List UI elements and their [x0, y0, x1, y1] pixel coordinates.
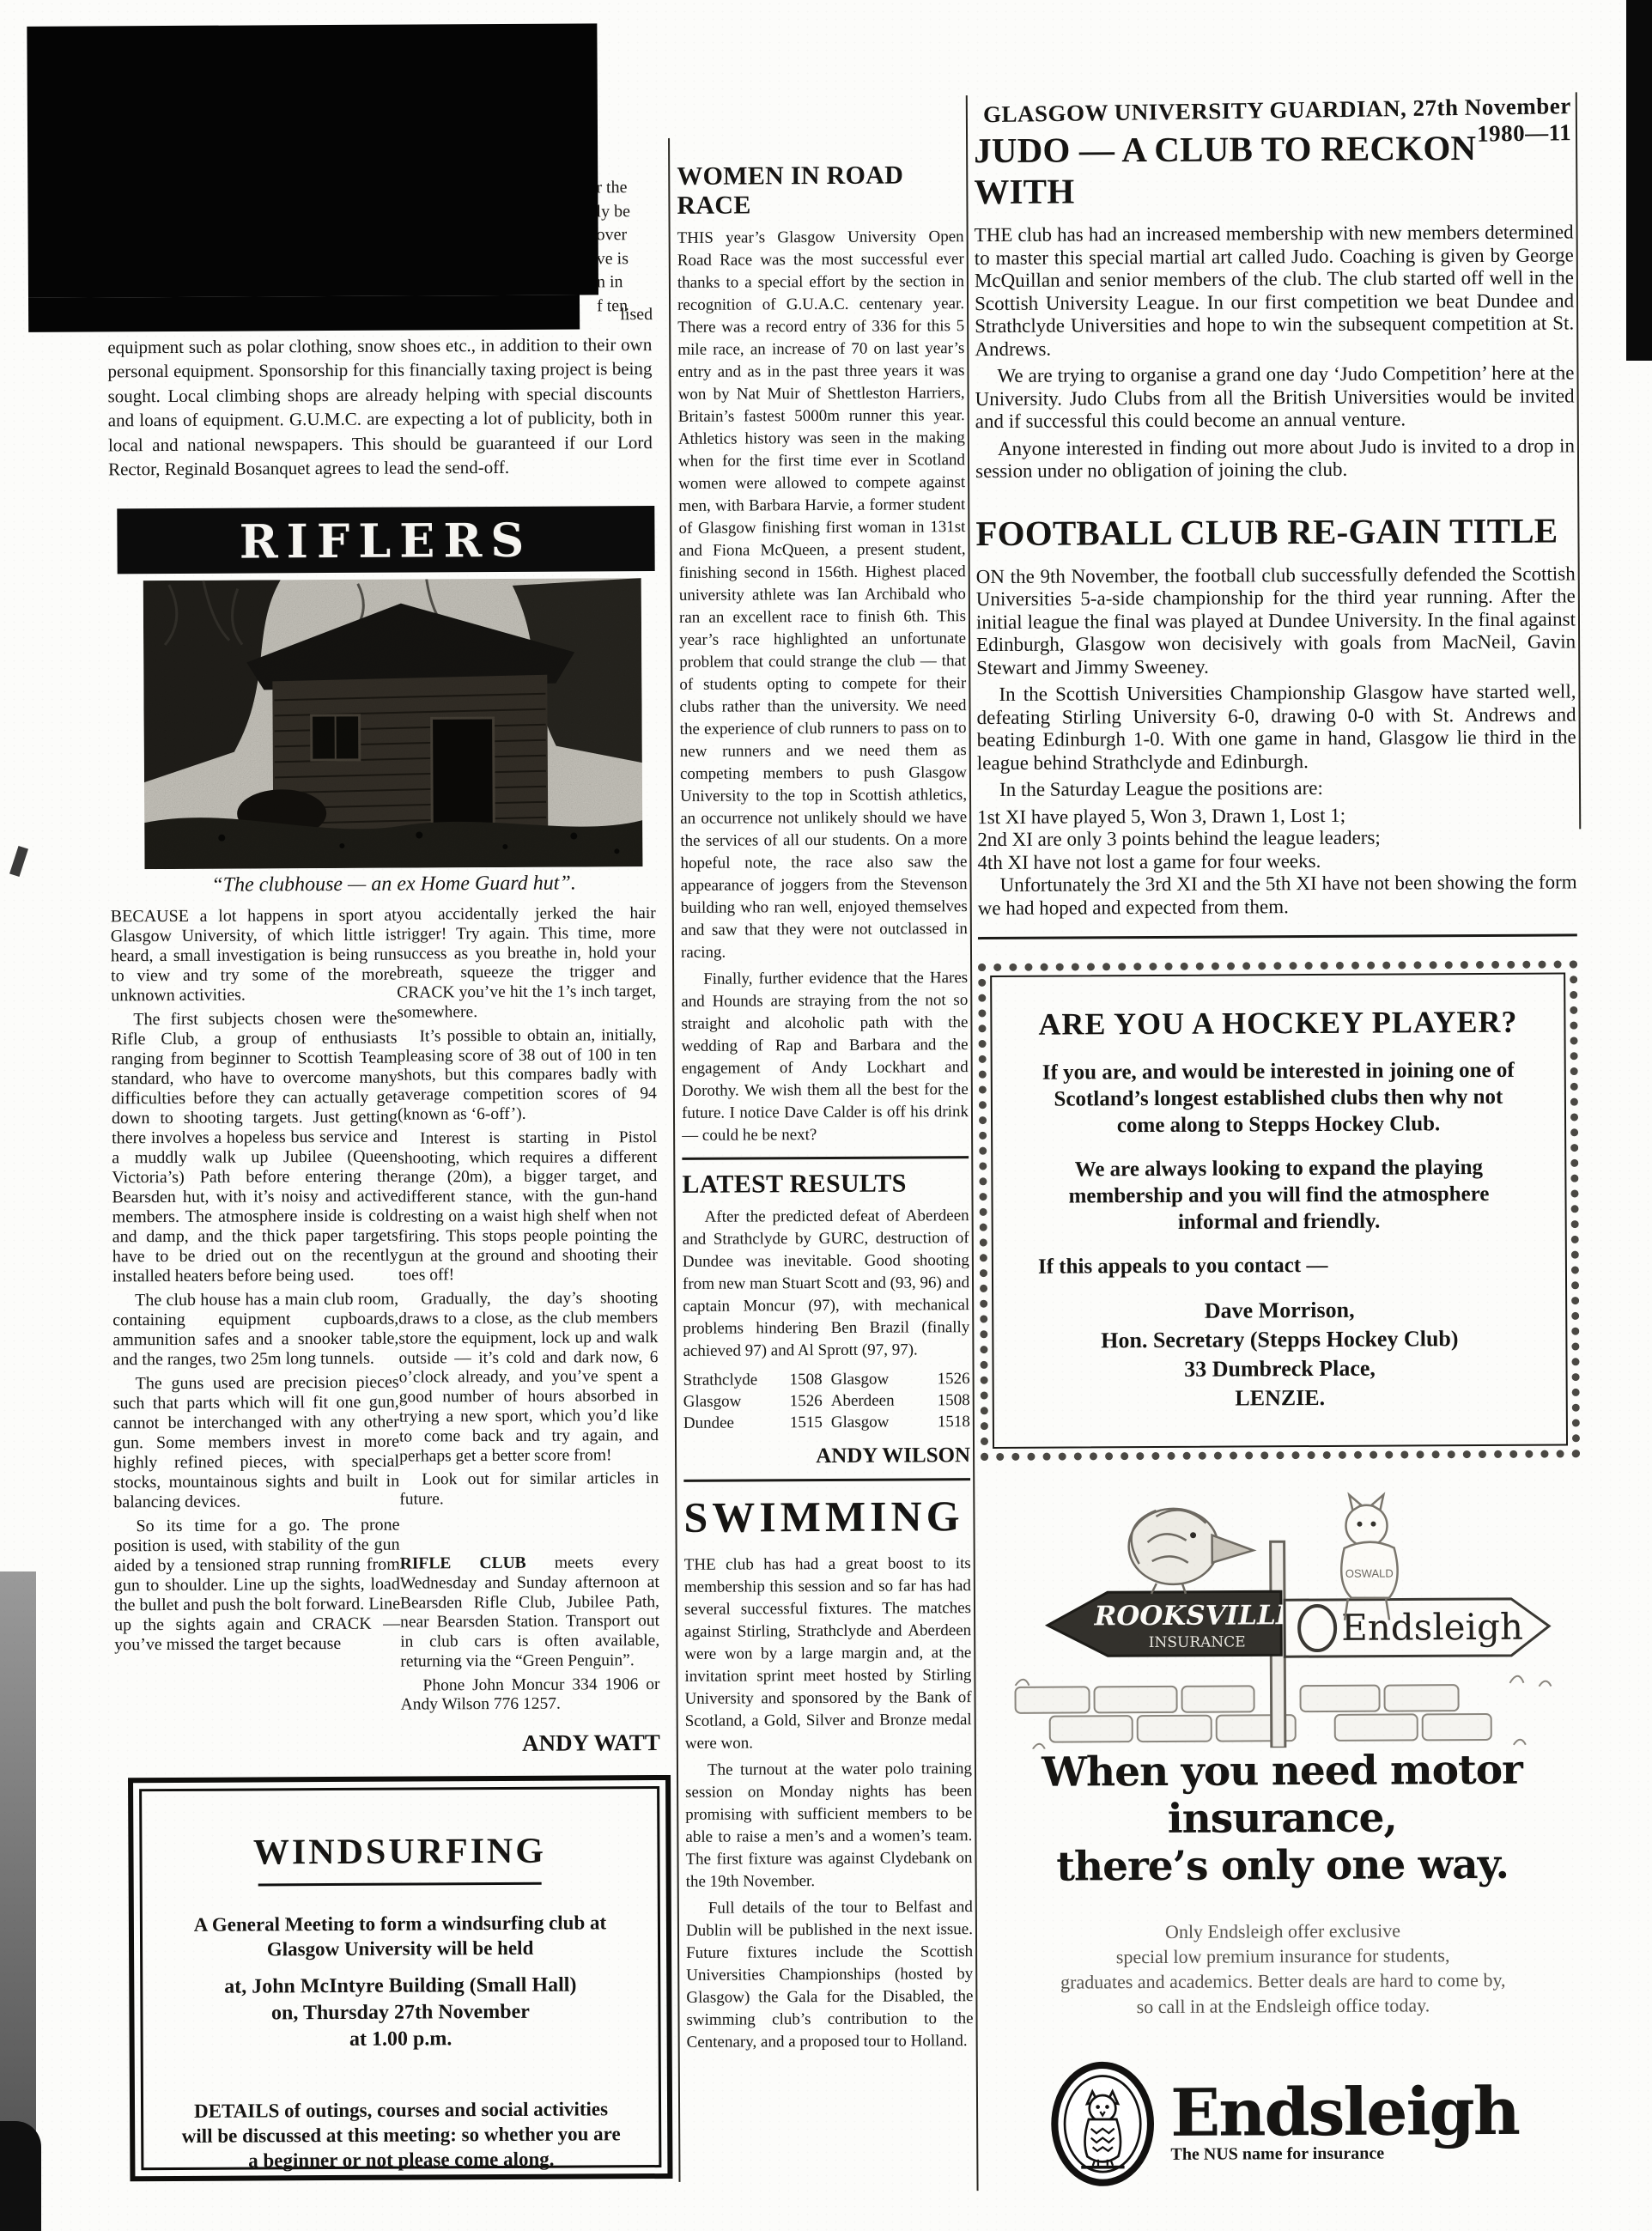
paragraph: Full details of the tour to Belfast and …	[686, 1896, 974, 2054]
hockey-title: ARE YOU A HOCKEY PLAYER?	[1036, 1004, 1519, 1043]
judo-headline: JUDO — A CLUB TO RECKON WITH	[974, 126, 1573, 212]
road-race-headline: WOMEN IN ROAD RACE	[677, 161, 963, 221]
league-line: 1st XI have played 5, Won 3, Drawn 1, Lo…	[977, 803, 1576, 829]
ad-body-copy: Only Endsleigh offer exclusive special l…	[983, 1917, 1583, 2020]
paragraph: Look out for similar articles in future.	[399, 1469, 659, 1510]
latest-results-headline: LATEST RESULTS	[682, 1169, 969, 1200]
result-team: Glasgow	[683, 1392, 759, 1411]
scan-edge-artifact-right	[1626, 0, 1652, 361]
hockey-notice-box: ARE YOU A HOCKEY PLAYER? If you are, and…	[978, 960, 1580, 1461]
rook-character	[1128, 1508, 1254, 1594]
riflers-column-1: BECAUSE a lot happens in sport at Glasgo…	[111, 906, 401, 1660]
swimming-headline: SWIMMING	[683, 1491, 970, 1542]
middle-column: WOMEN IN ROAD RACE THIS year’s Glasgow U…	[677, 161, 975, 2223]
redaction-block	[27, 23, 598, 297]
fragment-line: n in	[597, 271, 657, 295]
paragraph: The guns used are precision pieces such …	[113, 1373, 400, 1513]
fragment-line: r the	[596, 176, 656, 200]
result-team: Glasgow	[831, 1371, 907, 1389]
paragraph: We are trying to organise a grand one da…	[975, 362, 1574, 433]
section-divider	[978, 933, 1577, 939]
owl-logo-icon	[1048, 2060, 1157, 2188]
section-divider	[682, 1156, 969, 1160]
ad-body-line: graduates and academics. Better deals ar…	[983, 1967, 1582, 1995]
paragraph: So its time for a go. The prone position…	[113, 1516, 400, 1656]
endsleigh-wordmark: Endsleigh	[1170, 2081, 1519, 2143]
result-score: 1508	[915, 1391, 970, 1410]
clubhouse-photo-illustration	[143, 578, 643, 869]
ad-body-line: so call in at the Endsleigh office today…	[983, 1991, 1582, 2020]
paragraph: We are always looking to expand the play…	[1037, 1154, 1520, 1237]
result-score: 1518	[915, 1413, 970, 1432]
rooksville-sign-text: ROOKSVILLE	[1094, 1600, 1297, 1632]
paragraph: BECAUSE a lot happens in sport at Glasgo…	[111, 906, 398, 1006]
result-score: 1526	[768, 1392, 823, 1411]
paragraph: THE club has had a great boost to its me…	[684, 1553, 972, 1755]
intro-paragraph: equipment such as polar clothing, snow s…	[107, 332, 653, 486]
partial-word: lised	[511, 303, 653, 327]
paragraph: The club house has a main club room, con…	[112, 1290, 398, 1371]
endsleigh-sign-text: Endsleigh	[1341, 1606, 1523, 1649]
result-score: 1515	[768, 1413, 823, 1432]
fragment-line: over	[597, 223, 657, 247]
contact-town: LENZIE.	[1039, 1383, 1521, 1414]
contact-street: 33 Dumbreck Place,	[1038, 1353, 1521, 1385]
contact-role: Hon. Secretary (Stepps Hockey Club)	[1038, 1324, 1521, 1356]
windsurfing-intro: A General Meeting to form a windsurfing …	[177, 1910, 623, 1962]
result-team: Dundee	[683, 1413, 759, 1432]
section-divider	[683, 1478, 970, 1482]
results-table: Strathclyde 1508 Glasgow 1526 Glasgow 15…	[683, 1370, 970, 1433]
paragraph: In the Scottish Universities Championshi…	[976, 680, 1576, 775]
phone-note: Phone John Moncur 334 1906 or Andy Wilso…	[400, 1675, 659, 1716]
endsleigh-logo: Endsleigh The NUS name for insurance	[984, 2058, 1584, 2188]
riflers-review-headline: RIFLERS REVIEW	[117, 506, 654, 574]
fragment-line: ve is	[597, 247, 657, 271]
result-score: 1508	[768, 1371, 823, 1389]
column-rule-right	[1576, 92, 1581, 829]
rooksville-sign-subtext: INSURANCE	[1149, 1633, 1246, 1651]
paragraph: THIS year’s Glasgow University Open Road…	[677, 226, 968, 964]
title-underline	[258, 1882, 542, 1887]
paragraph: you accidentally jerked the hair trigger…	[397, 904, 657, 1023]
oswald-label: OSWALD	[1345, 1567, 1394, 1580]
meeting-time: at 1.00 p.m.	[178, 2025, 624, 2054]
byline-andy-wilson: ANDY WILSON	[683, 1444, 970, 1469]
paragraph: Gradually, the day’s shooting draws to a…	[398, 1289, 659, 1467]
paragraph: The first subjects chosen were the Rifle…	[111, 1009, 398, 1287]
newspaper-page: GLASGOW UNIVERSITY GUARDIAN, 27th Novemb…	[0, 0, 1652, 2231]
endsleigh-advert: ROOKSVILLE INSURANCE Endsleigh	[981, 1480, 1583, 2188]
result-score: 1526	[915, 1370, 970, 1389]
obscured-line-fragments: r the ly be over ve is n in f ten	[596, 176, 657, 319]
ad-headline-line2: there’s only one way.	[982, 1840, 1582, 1891]
rifle-club-note: RIFLE CLUB meets every Wednesday and Sun…	[400, 1553, 660, 1672]
result-team: Strathclyde	[683, 1371, 759, 1389]
redaction-block-lower	[28, 295, 580, 331]
paragraph: THE club has had an increased membership…	[975, 221, 1575, 361]
signpost-cartoon: ROOKSVILLE INSURANCE Endsleigh	[997, 1480, 1565, 1749]
hockey-contact-block: Dave Morrison, Hon. Secretary (Stepps Ho…	[1038, 1295, 1521, 1414]
meeting-date: on, Thursday 27th November	[177, 1998, 623, 2027]
result-team: Aberdeen	[831, 1392, 907, 1411]
rifle-club-lead: RIFLE CLUB	[400, 1554, 526, 1573]
scan-corner-blob	[0, 2121, 41, 2231]
league-line: 2nd XI are only 3 points behind the leag…	[977, 825, 1576, 851]
contact-name: Dave Morrison,	[1038, 1295, 1521, 1327]
paragraph: ON the 9th November, the football club s…	[976, 562, 1576, 679]
paragraph: Anyone interested in finding out more ab…	[975, 435, 1575, 483]
result-team: Glasgow	[831, 1413, 907, 1432]
paragraph: After the predicted defeat of Aberdeen a…	[683, 1205, 970, 1363]
riflers-column-2: you accidentally jerked the hair trigger…	[397, 904, 660, 1754]
league-line: 4th XI have not lost a game for four wee…	[977, 848, 1576, 874]
football-headline: FOOTBALL CLUB RE-GAIN TITLE	[975, 509, 1575, 554]
photo-caption: “The clubhouse — an ex Home Guard hut”.	[145, 872, 643, 897]
paragraph: If this appeals to you contact —	[1038, 1251, 1521, 1280]
paragraph: In the Saturday League the positions are…	[977, 775, 1576, 801]
paragraph: Unfortunately the 3rd XI and the 5th XI …	[978, 871, 1577, 920]
intro-text: equipment such as polar clothing, snow s…	[107, 332, 653, 482]
paragraph: If you are, and would be interested in j…	[1037, 1057, 1520, 1140]
ad-body-line: Only Endsleigh offer exclusive	[983, 1917, 1582, 1945]
windsurfing-details: DETAILS of outings, courses and social a…	[178, 2096, 624, 2173]
paragraph: Interest is starting in Pistol shooting,…	[398, 1128, 658, 1286]
clubhouse-photo	[143, 578, 643, 869]
byline-andy-watt: ANDY WATT	[401, 1733, 660, 1754]
windsurfing-title: WINDSURFING	[176, 1830, 623, 1874]
windsurfing-ad-box: WINDSURFING A General Meeting to form a …	[128, 1775, 672, 2181]
right-column: JUDO — A CLUB TO RECKON WITH THE club ha…	[974, 126, 1584, 2208]
fragment-line: ly be	[596, 200, 656, 224]
paragraph: The turnout at the water polo training s…	[685, 1758, 973, 1894]
ad-headline-line1: When you need motor insurance,	[982, 1746, 1582, 1844]
ad-body-line: special low premium insurance for studen…	[983, 1942, 1582, 1970]
meeting-place: at, John McIntyre Building (Small Hall)	[177, 1972, 623, 2001]
paragraph: It’s possible to obtain an, initially, p…	[397, 1026, 657, 1126]
paragraph: Finally, further evidence that the Hares…	[681, 967, 969, 1147]
